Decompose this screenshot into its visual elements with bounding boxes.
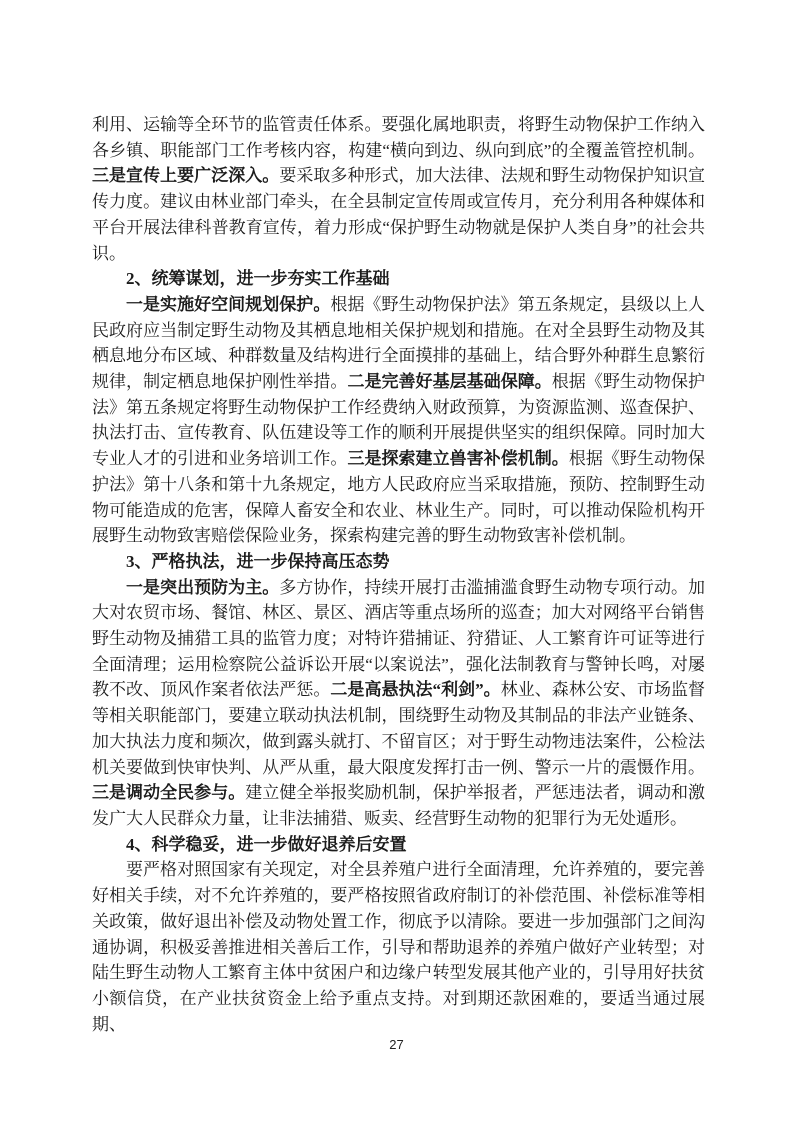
section-heading: 2、统筹谋划，进一步夯实工作基础 (92, 266, 705, 292)
body-paragraph: 要严格对照国家有关现定，对全县养殖户进行全面清理，允许养殖的，要完善好相关手续，… (92, 857, 705, 1037)
bold-text-run: 三是探索建立兽害补偿机制。 (347, 449, 568, 468)
section-heading: 4、科学稳妥，进一步做好退养后安置 (92, 832, 705, 858)
body-paragraph: 利用、运输等全环节的监管责任体系。要强化属地职责，将野生动物保护工作纳入各乡镇、… (92, 112, 705, 266)
bold-text-run: 一是实施好空间规划保护。 (126, 295, 330, 314)
bold-text-run: 4、科学稳妥，进一步做好退养后安置 (126, 835, 407, 854)
body-paragraph: 一是实施好空间规划保护。根据《野生动物保护法》第五条规定，县级以上人民政府应当制… (92, 292, 705, 549)
section-heading: 3、严格执法，进一步保持高压态势 (92, 549, 705, 575)
bold-text-run: 三是调动全民参与。 (92, 783, 245, 802)
text-run: 利用、运输等全环节的监管责任体系。要强化属地职责，将野生动物保护工作纳入各乡镇、… (92, 115, 705, 160)
bold-text-run: 2、统筹谋划，进一步夯实工作基础 (126, 269, 390, 288)
bold-text-run: 二是完善好基层基础保障。 (347, 372, 551, 391)
bold-text-run: 一是突出预防为主。 (126, 578, 279, 597)
bold-text-run: 三是宣传上要广泛深入。 (92, 166, 279, 185)
document-body: 利用、运输等全环节的监管责任体系。要强化属地职责，将野生动物保护工作纳入各乡镇、… (92, 112, 705, 1037)
document-page: 利用、运输等全环节的监管责任体系。要强化属地职责，将野生动物保护工作纳入各乡镇、… (0, 0, 793, 1122)
page-number: 27 (0, 1036, 793, 1054)
text-run: 要严格对照国家有关现定，对全县养殖户进行全面清理，允许养殖的，要完善好相关手续，… (92, 860, 705, 1033)
bold-text-run: 3、严格执法，进一步保持高压态势 (126, 552, 390, 571)
body-paragraph: 一是突出预防为主。多方协作，持续开展打击滥捕滥食野生动物专项行动。加大对农贸市场… (92, 575, 705, 832)
bold-text-run: 二是高悬执法“利剑”。 (330, 680, 500, 699)
